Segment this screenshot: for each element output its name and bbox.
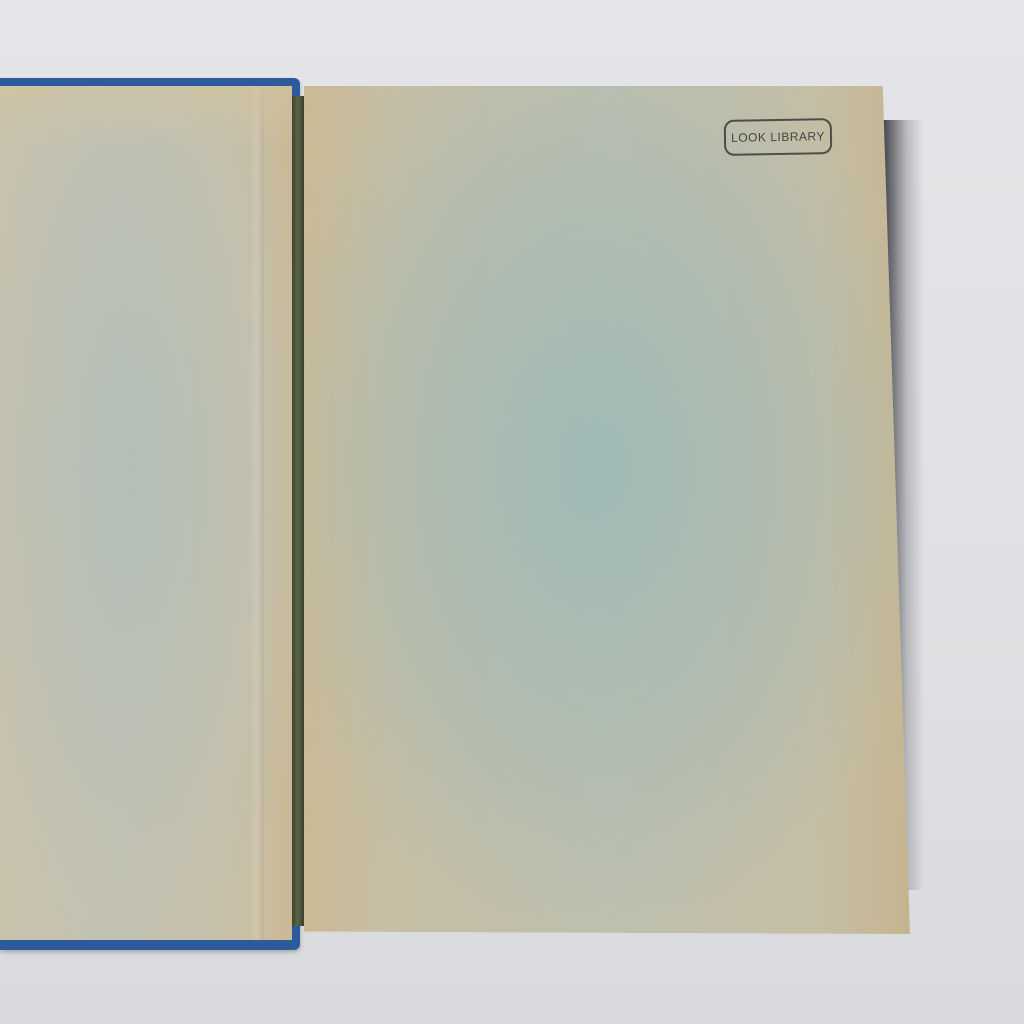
book-spine-gutter [292,96,306,926]
left-endpaper [0,86,292,940]
photo-scene: LOOK LIBRARY [0,0,1024,1024]
right-endpaper [304,86,910,934]
library-stamp: LOOK LIBRARY [724,118,833,156]
endpaper-top-fade [0,86,292,146]
